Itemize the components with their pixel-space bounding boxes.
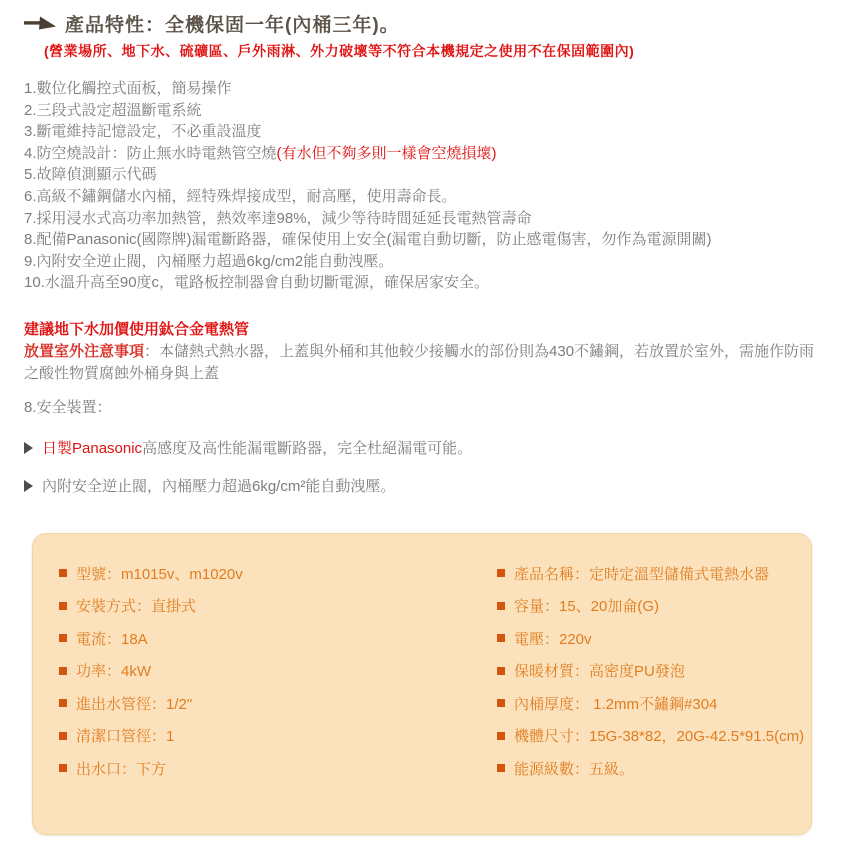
feature-item-2: 2.三段式設定超溫斷電系統 (24, 100, 844, 122)
square-bullet-icon (497, 667, 505, 675)
spec-item-energy-rating: 能源級數：五級。 (497, 752, 804, 785)
outdoor-note-text: ：本儲熱式熱水器，上蓋與外桶和其他較少接觸水的部份則為430不鏽鋼，若放置於室外… (144, 343, 814, 360)
spec-item-tank-thickness: 內桶厚度： 1.2mm不鏽鋼#304 (497, 687, 804, 720)
spec-item-power: 功率：4kW (59, 655, 243, 688)
feature-item-3: 3.斷電維持記憶設定，不必重設溫度 (24, 121, 844, 143)
spec-column-right: 產品名稱：定時定溫型儲備式電熱水器 容量：15、20加侖(G) 電壓：220v … (497, 557, 804, 785)
feature-warning-text: (有水但不夠多則一樣會空燒損壞) (277, 145, 497, 162)
spec-box: 型號：m1015v、m1020v 安裝方式：直掛式 電流：18A 功率：4kW … (32, 533, 812, 835)
titanium-heater-recommendation: 建議地下水加價使用鈦合金電熱管 (24, 318, 249, 339)
feature-item-1: 1.數位化觸控式面板，簡易操作 (24, 78, 844, 100)
warranty-warning: (營業場所、地下水、硫礦區、戶外雨淋、外力破壞等不符合本機規定之使用不在保固範圍… (44, 41, 634, 61)
square-bullet-icon (59, 732, 67, 740)
safety-section-heading: 8.安全裝置： (24, 396, 112, 417)
square-bullet-icon (59, 764, 67, 772)
spec-item-insulation: 保暖材質：高密度PU發泡 (497, 655, 804, 688)
safety-item-1: 日製Panasonic高感度及高性能漏電斷路器，完全杜絕漏電可能。 (24, 437, 472, 458)
spec-item-dimensions: 機體尺寸：15G-38*82，20G-42.5*91.5(cm) (497, 720, 804, 753)
play-triangle-icon (24, 442, 33, 454)
safety-text: 內附安全逆止閥，內桶壓力超過6kg/cm²能自動洩壓。 (42, 478, 395, 495)
square-bullet-icon (59, 634, 67, 642)
spec-text: 清潔口管徑：1 (76, 725, 174, 746)
safety-item-text: 日製Panasonic高感度及高性能漏電斷路器，完全杜絕漏電可能。 (42, 437, 472, 458)
feature-item-10: 10.水溫升高至90度c，電路板控制器會自動切斷電源，確保居家安全。 (24, 272, 844, 294)
spec-text: 進出水管徑：1/2" (76, 693, 192, 714)
square-bullet-icon (59, 602, 67, 610)
feature-item-4: 4.防空燒設計：防止無水時電熱管空燒(有水但不夠多則一樣會空燒損壞) (24, 143, 844, 165)
safety-text: 高感度及高性能漏電斷路器，完全杜絕漏電可能。 (142, 440, 472, 457)
spec-text: 電壓：220v (514, 628, 592, 649)
square-bullet-icon (497, 732, 505, 740)
spec-item-clean-port: 清潔口管徑：1 (59, 720, 243, 753)
feature-item-5: 5.故障偵測顯示代碼 (24, 164, 844, 186)
square-bullet-icon (59, 569, 67, 577)
spec-text: 產品名稱：定時定溫型儲備式電熱水器 (514, 563, 769, 584)
arrow-right-down-icon (24, 15, 58, 33)
safety-item-2: 內附安全逆止閥，內桶壓力超過6kg/cm²能自動洩壓。 (24, 475, 395, 496)
square-bullet-icon (497, 569, 505, 577)
outdoor-note-line1: 放置室外注意事項：本儲熱式熱水器，上蓋與外桶和其他較少接觸水的部份則為430不鏽… (24, 340, 814, 361)
square-bullet-icon (497, 602, 505, 610)
spec-item-capacity: 容量：15、20加侖(G) (497, 590, 804, 623)
spec-text: 電流：18A (76, 628, 148, 649)
safety-brand-text: 日製Panasonic (42, 440, 142, 457)
spec-text: 保暖材質：高密度PU發泡 (514, 660, 685, 681)
feature-item-8: 8.配備Panasonic(國際牌)漏電斷路器，確保使用上安全(漏電自動切斷，防… (24, 229, 844, 251)
spec-text: 出水口：下方 (76, 758, 166, 779)
square-bullet-icon (497, 699, 505, 707)
spec-text: 能源級數：五級。 (514, 758, 634, 779)
spec-item-outlet: 出水口：下方 (59, 752, 243, 785)
spec-text: 功率：4kW (76, 660, 151, 681)
spec-text: 機體尺寸：15G-38*82，20G-42.5*91.5(cm) (514, 725, 804, 746)
spec-item-voltage: 電壓：220v (497, 622, 804, 655)
feature-item-7: 7.採用浸水式高功率加熱管，熱效率達98%，減少等待時間延延長電熱管壽命 (24, 208, 844, 230)
square-bullet-icon (59, 667, 67, 675)
feature-item-6: 6.高級不鏽鋼儲水內桶，經特殊焊接成型，耐高壓，使用壽命長。 (24, 186, 844, 208)
spec-item-current: 電流：18A (59, 622, 243, 655)
spec-text: 型號：m1015v、m1020v (76, 563, 243, 584)
spec-item-model: 型號：m1015v、m1020v (59, 557, 243, 590)
spec-column-left: 型號：m1015v、m1020v 安裝方式：直掛式 電流：18A 功率：4kW … (59, 557, 243, 785)
section-header: 產品特性：全機保固一年(內桶三年)。 (24, 10, 400, 37)
spec-text: 內桶厚度： 1.2mm不鏽鋼#304 (514, 693, 717, 714)
feature-text: 4.防空燒設計：防止無水時電熱管空燒 (24, 145, 277, 162)
outdoor-note-line2: 之酸性物質腐蝕外桶身與上蓋 (24, 362, 219, 383)
feature-item-9: 9.內附安全逆止閥，內桶壓力超過6kg/cm2能自動洩壓。 (24, 251, 844, 273)
safety-item-text: 內附安全逆止閥，內桶壓力超過6kg/cm²能自動洩壓。 (42, 475, 395, 496)
spec-item-install: 安裝方式：直掛式 (59, 590, 243, 623)
play-triangle-icon (24, 480, 33, 492)
spec-item-product-name: 產品名稱：定時定溫型儲備式電熱水器 (497, 557, 804, 590)
outdoor-note-label: 放置室外注意事項 (24, 343, 144, 360)
page-title: 產品特性：全機保固一年(內桶三年)。 (65, 10, 400, 37)
spec-text: 容量：15、20加侖(G) (514, 595, 659, 616)
square-bullet-icon (59, 699, 67, 707)
spec-item-pipe-diameter: 進出水管徑：1/2" (59, 687, 243, 720)
spec-text: 安裝方式：直掛式 (76, 595, 196, 616)
square-bullet-icon (497, 764, 505, 772)
square-bullet-icon (497, 634, 505, 642)
feature-list: 1.數位化觸控式面板，簡易操作 2.三段式設定超溫斷電系統 3.斷電維持記憶設定… (24, 78, 844, 294)
